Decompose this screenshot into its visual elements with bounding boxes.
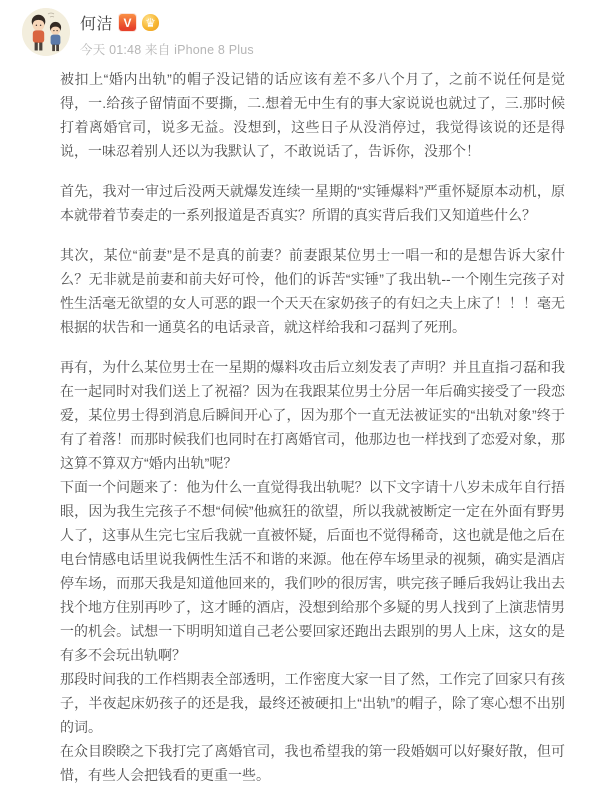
user-avatar[interactable] xyxy=(22,8,70,56)
post-paragraph: 再有，为什么某位男士在一星期的爆料攻击后立刻发表了声明？并且直指刁磊和我在一起同… xyxy=(60,355,565,475)
post-paragraph: 被扣上“婚内出轨”的帽子没记错的话应该有差不多八个月了，之前不说任何是觉得，一.… xyxy=(60,67,565,163)
post-paragraph: 下面一个问题来了：他为什么一直觉得我出轨呢？以下文字请十八岁未成年自行捂眼，因为… xyxy=(60,475,565,667)
post-paragraph: 在众目睽睽之下我打完了离婚官司，我也希望我的第一段婚姻可以好聚好散，但可惜，有些… xyxy=(60,739,565,785)
header-texts: 何洁 V ♛ 今天 01:48 来自 iPhone 8 Plus xyxy=(80,8,254,58)
name-row: 何洁 V ♛ xyxy=(80,11,254,34)
post-body: 被扣上“婚内出轨”的帽子没记错的话应该有差不多八个月了，之前不说任何是觉得，一.… xyxy=(0,58,590,785)
vip-crown-badge-icon[interactable]: ♛ xyxy=(142,14,159,31)
post-paragraph: 其次，某位“前妻”是不是真的前妻？前妻跟某位男士一唱一和的是想告诉大家什么？无非… xyxy=(60,243,565,339)
post-timestamp-source: 今天 01:48 来自 iPhone 8 Plus xyxy=(80,40,254,58)
post-paragraph: 那段时间我的工作档期表全部透明，工作密度大家一目了然，工作完了回家只有孩子，半夜… xyxy=(60,667,565,739)
weibo-post-card: 何洁 V ♛ 今天 01:48 来自 iPhone 8 Plus 被扣上“婚内出… xyxy=(0,0,590,785)
post-header: 何洁 V ♛ 今天 01:48 来自 iPhone 8 Plus xyxy=(0,0,590,58)
post-paragraph: 首先，我对一审过后没两天就爆发连续一星期的“实锤爆料”严重怀疑原本动机，原本就带… xyxy=(60,179,565,227)
avatar-cartoon-kids-image xyxy=(22,8,70,56)
verified-v-badge-icon[interactable]: V xyxy=(119,14,136,31)
user-name[interactable]: 何洁 xyxy=(80,11,113,34)
